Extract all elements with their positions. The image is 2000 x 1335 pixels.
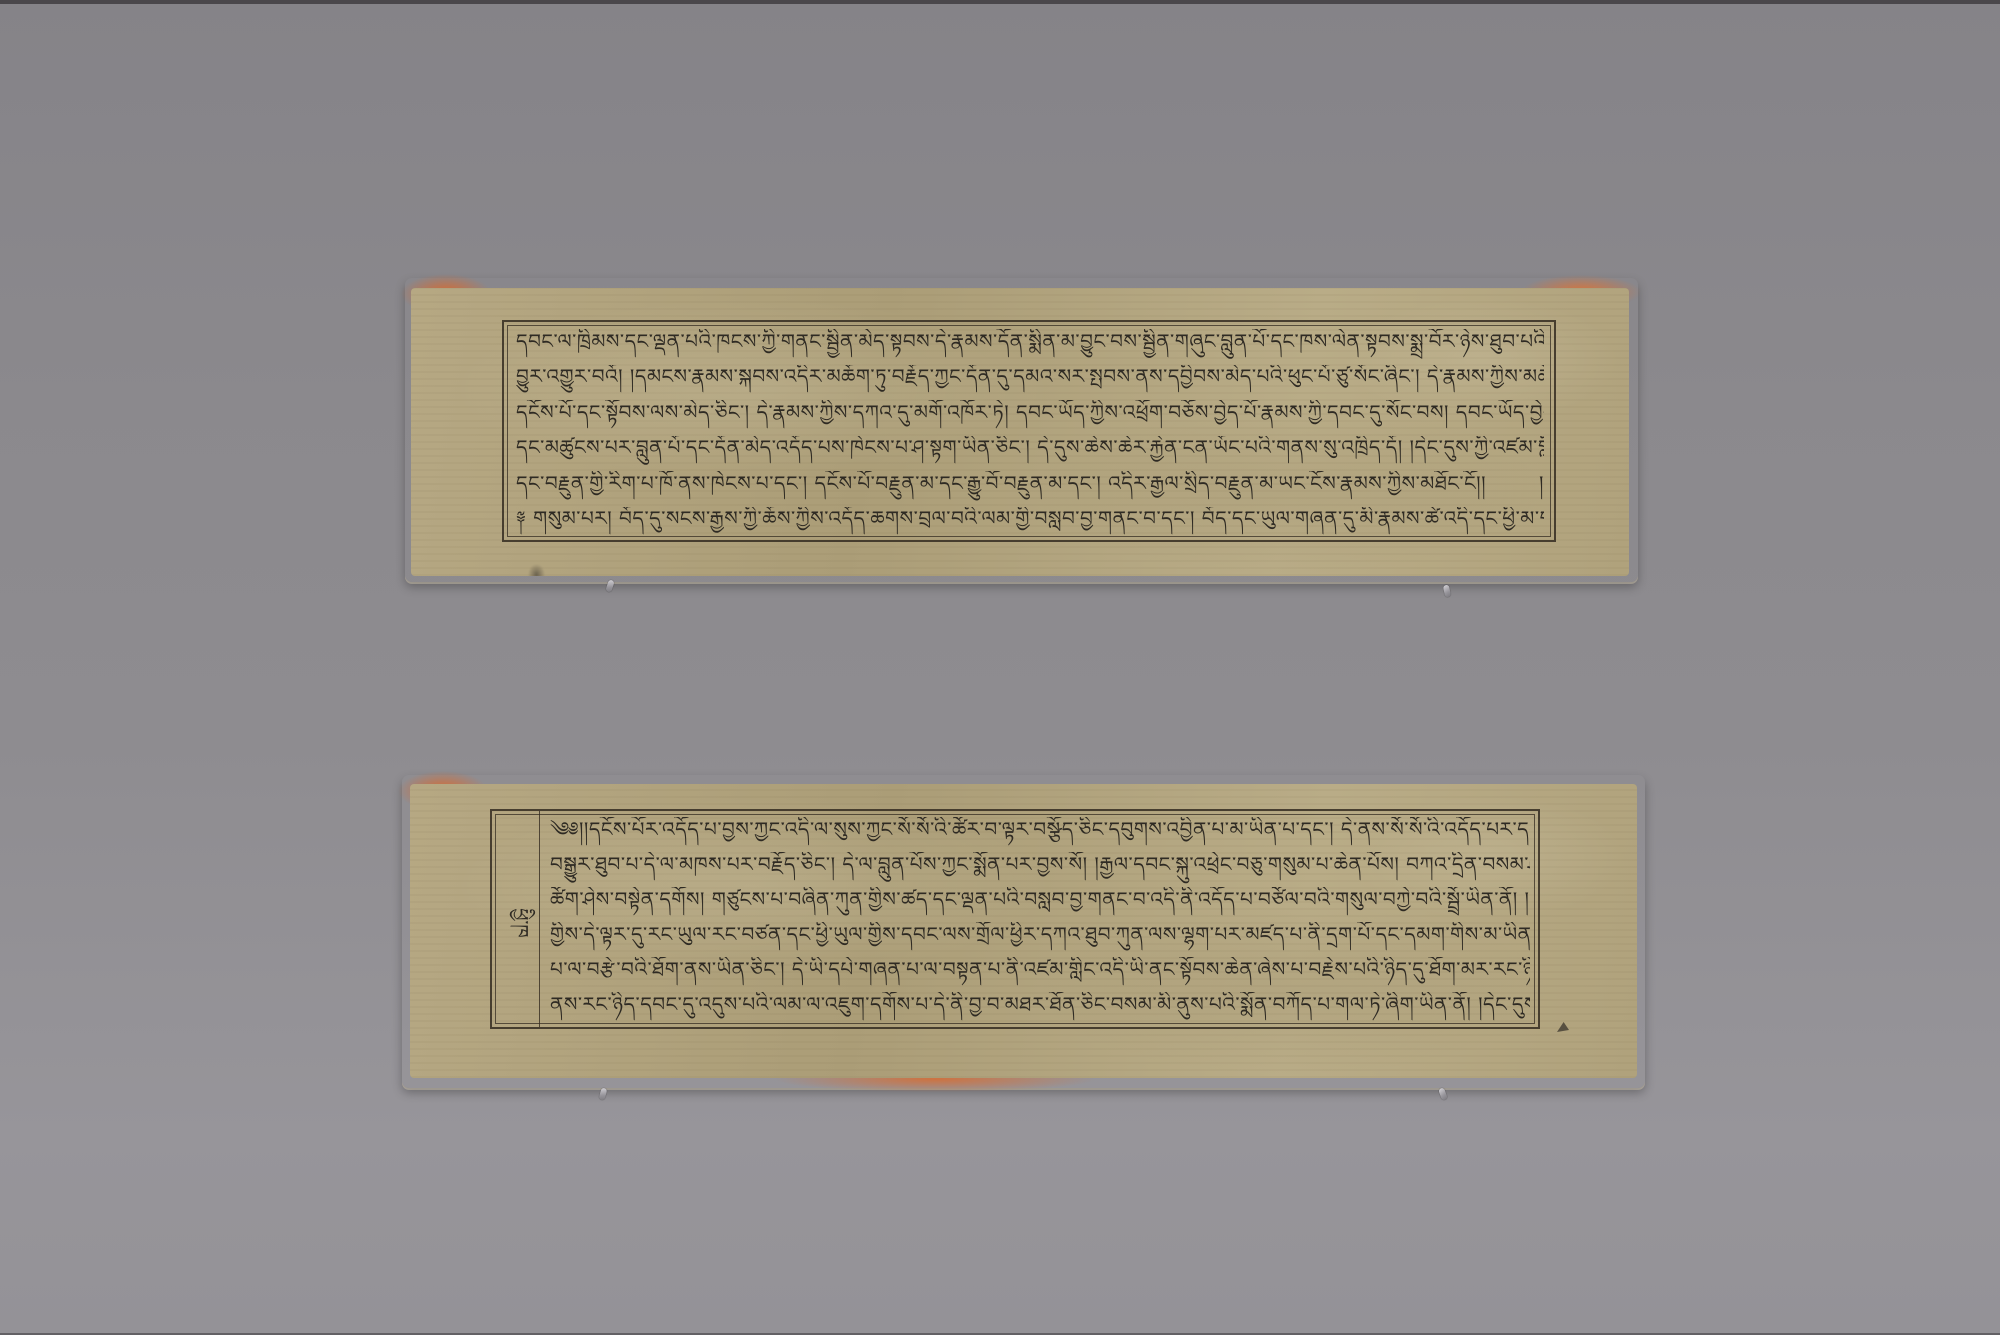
text-line: དང་བརྗུན་གྱི་རིག་པ་ཁོ་ནས་ཁེངས་པ་དང་། དངོ… <box>516 471 1544 507</box>
main-text-block: ༄༅། །དངོས་པོར་འདོད་པ་བྱས་ཀྱང་འདི་ལ་སུས་ཀ… <box>540 811 1538 1027</box>
text-line: ནས་རང་ཉིད་དབང་དུ་འདུས་པའི་ལམ་ལ་འཇུག་དགོས… <box>550 992 1530 1027</box>
yig-mgo-ornament: ༄༅། <box>550 817 584 852</box>
text-line: དང་མཚུངས་པར་བླུན་པོ་དང་དོན་མེད་འདོད་པས་ཁ… <box>516 436 1544 472</box>
text-frame: དབང་ལ་ཁྲིམས་དང་ལྡན་པའི་ཁངས་ཀྱི་གནང་སྦྱིན… <box>502 320 1556 542</box>
text-line: བྱུར་འགྱུར་བའོ། །དམངས་རྣམས་སྐབས་འདིར་མཆོ… <box>516 365 1544 401</box>
text-frame: ཕྱི་ཁ ༄༅། །དངོས་པོར་འདོད་པ་བྱས་ཀྱང་འདི་ལ… <box>490 809 1540 1029</box>
ink-smudge <box>528 564 545 576</box>
text-line: ཚོག་ཤེས་བསྟེན་དགོས། གཙུངས་པ་བཞིན་ཀུན་གྱི… <box>550 887 1530 922</box>
bottom-manuscript-leaf: ཕྱི་ཁ ༄༅། །དངོས་པོར་འདོད་པ་བྱས་ཀྱང་འདི་ལ… <box>402 775 1645 1088</box>
text-line: ༄༅། །དངོས་པོར་འདོད་པ་བྱས་ཀྱང་འདི་ལ་སུས་ཀ… <box>550 817 1530 852</box>
text-line: པ་ལ་བརྩེ་བའི་ཐོག་ནས་ཡིན་ཅིང་། དེ་ཡི་དཔེ་… <box>550 957 1530 992</box>
folio-margin-label: ཕྱི་ཁ <box>489 908 543 937</box>
text-line: བསྒྱུར་ཐུབ་པ་དེ་ལ་མཁས་པར་བརྗོད་ཅིང་། དེ་… <box>550 852 1530 887</box>
text-line: དབང་ལ་ཁྲིམས་དང་ལྡན་པའི་ཁངས་ཀྱི་གནང་སྦྱིན… <box>516 329 1544 365</box>
photo-background: དབང་ལ་ཁྲིམས་དང་ལྡན་པའི་ཁངས་ཀྱི་གནང་སྦྱིན… <box>0 0 2000 1335</box>
text-line: ༈ གསུམ་པར། བོད་དུ་སངས་རྒྱས་ཀྱི་ཆོས་ཀྱིས་… <box>516 507 1544 543</box>
ink-blot <box>1557 1022 1569 1032</box>
photo-top-edge <box>0 0 2000 4</box>
text-line-segment: །དངོས་པོར་འདོད་པ་བྱས་ཀྱང་འདི་ལ་སུས་ཀྱང་ས… <box>584 817 1530 852</box>
text-line-segment: དང་བརྗུན་གྱི་རིག་པ་ཁོ་ནས་ཁེངས་པ་དང་། དངོ… <box>516 471 1486 507</box>
text-line: དངོས་པོ་དང་སྟོབས་ལས་མེད་ཅིང་། དེ་རྣམས་ཀྱ… <box>516 400 1544 436</box>
mounting-pin <box>599 1087 608 1100</box>
top-manuscript-leaf: དབང་ལ་ཁྲིམས་དང་ལྡན་པའི་ཁངས་ཀྱི་གནང་སྦྱིན… <box>405 278 1638 582</box>
mounting-pin <box>1438 1087 1448 1100</box>
shad-punctuation-mark: ། <box>1539 471 1544 507</box>
mounting-pin <box>1443 585 1451 598</box>
text-line: གྱིས་དེ་ལྟར་དུ་རང་ཡུལ་རང་བཙན་དང་ཕྱི་ཡུལ་… <box>550 922 1530 957</box>
margin-column: ཕྱི་ཁ <box>492 811 540 1027</box>
